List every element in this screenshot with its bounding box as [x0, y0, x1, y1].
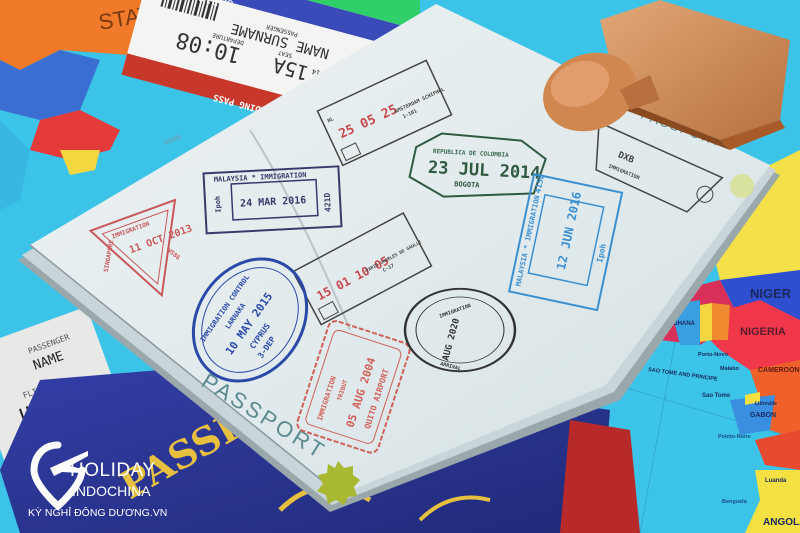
logo-brand-line2: INDOCHINA: [72, 483, 151, 499]
map-label-porto-novo: Porto-Novo: [698, 352, 729, 358]
map-label-pointe-noire: Pointe-Noire: [718, 434, 751, 440]
svg-text:Ipoh: Ipoh: [214, 196, 223, 213]
map-label-ghana: GHANA: [673, 321, 696, 327]
map-label-gabon: GABON: [750, 412, 776, 419]
travel-scene: STATES NIGER NIGERIA CAMEROON GABON GHAN…: [0, 0, 800, 533]
svg-text:BOGOTA: BOGOTA: [454, 180, 480, 189]
map-label-niger: NIGER: [750, 286, 792, 301]
svg-text:421D: 421D: [323, 192, 333, 212]
map-label-nigeria: NIGERIA: [740, 326, 786, 338]
map-label-angola: ANGOLA: [763, 517, 800, 528]
map-label-sao-tome-city: Sao Tome: [702, 393, 731, 399]
logo-brand-line1: HOLIDAY: [70, 460, 156, 482]
holiday-indochina-logo[interactable]: HOLIDAY INDOCHINA KỲ NGHỈ ĐÔNG DƯƠNG.VN: [28, 440, 188, 520]
map-label-libreville: Libreville: [755, 401, 777, 407]
map-label-cameroon: CAMEROON: [758, 367, 800, 374]
map-label-malabo: Malabo: [720, 366, 740, 372]
map-label-benguela: Benguela: [722, 499, 748, 505]
map-label-luanda: Luanda: [765, 478, 787, 484]
logo-slogan: KỲ NGHỈ ĐÔNG DƯƠNG.VN: [28, 507, 167, 519]
yellow-seal-icon: [730, 174, 754, 198]
